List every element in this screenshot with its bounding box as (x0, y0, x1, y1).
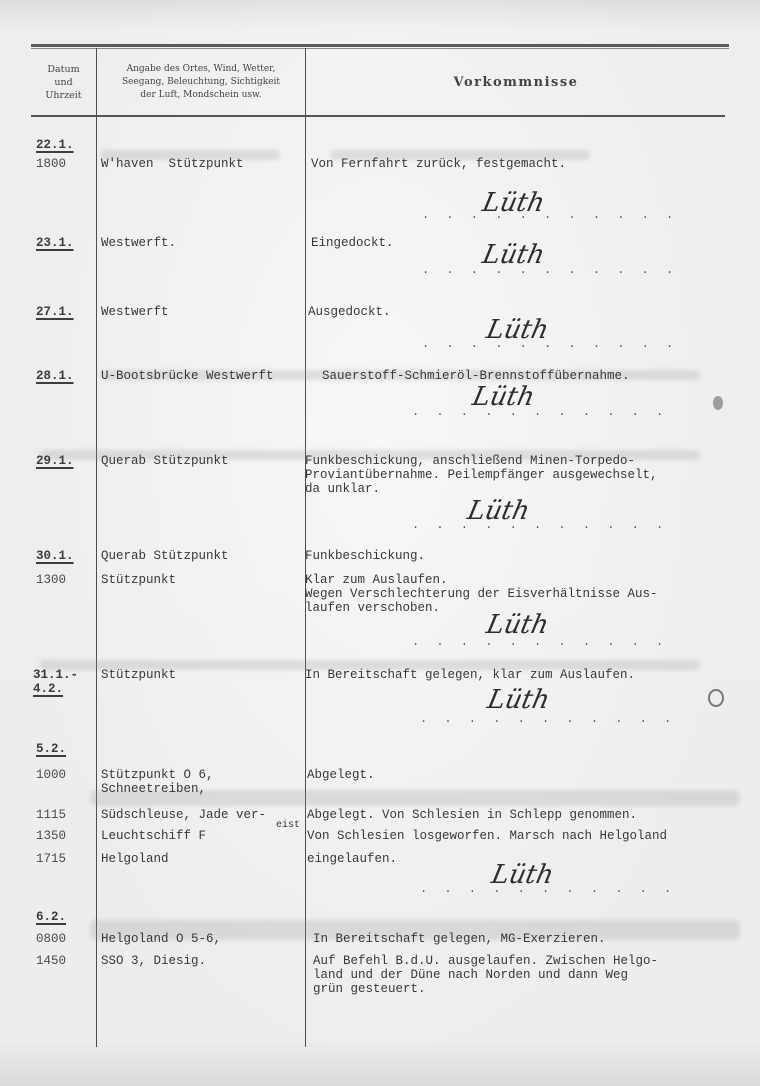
entry-place: SSO 3, Diesig. (101, 954, 206, 968)
entry-place: Helgoland (101, 852, 169, 866)
signature-dots: . . . . . . . . . . . (412, 518, 668, 532)
signature-dots: . . . . . . . . . . . (422, 337, 678, 351)
entry-time: 1300 (36, 573, 66, 587)
entry-place: Querab Stützpunkt (101, 549, 229, 563)
entry-place-cont: Schneetreiben, (101, 782, 206, 796)
entry-date: 31.1.- (33, 668, 78, 682)
entry-place: Stützpunkt (101, 573, 176, 587)
entry-date: 29.1. (36, 454, 74, 468)
signature-dots: . . . . . . . . . . . (420, 712, 676, 726)
entry-time: 1715 (36, 852, 66, 866)
top-rule (31, 44, 729, 47)
header-location-weather: Angabe des Ortes, Wind, Wetter,Seegang, … (98, 52, 304, 112)
top-rule-thin (31, 48, 729, 49)
entry-event: In Bereitschaft gelegen, klar zum Auslau… (305, 668, 635, 682)
header-events: Vorkommnisse (306, 52, 726, 112)
header-bottom-rule (31, 115, 725, 117)
entry-event: Sauerstoff-Schmieröl-Brennstoffübernahme… (322, 369, 630, 383)
entry-event: laufen verschoben. (305, 601, 440, 615)
entry-date: 23.1. (36, 236, 74, 250)
entry-event: Funkbeschickung. (305, 549, 425, 563)
entry-place: Stützpunkt O 6, (101, 768, 214, 782)
entry-place: U-Bootsbrücke Westwerft (101, 369, 274, 383)
column-divider-2 (305, 48, 306, 1047)
entry-event: Von Fernfahrt zurück, festgemacht. (311, 157, 566, 171)
entry-time: 1000 (36, 768, 66, 782)
signature-dots: . . . . . . . . . . . (420, 882, 676, 896)
war-diary-page: DatumundUhrzeit Angabe des Ortes, Wind, … (0, 0, 760, 1086)
entry-time: 1800 (36, 157, 66, 171)
entry-place: Südschleuse, Jade ver- (101, 808, 266, 822)
header-date-time: DatumundUhrzeit (31, 52, 96, 112)
entry-date: 28.1. (36, 369, 74, 383)
signature-dots: . . . . . . . . . . . (412, 405, 668, 419)
entry-date: 22.1. (36, 138, 74, 152)
entry-event: Proviantübernahme. Peilempfänger ausgewe… (305, 468, 658, 482)
entry-time: 1115 (36, 808, 66, 822)
entry-event: da unklar. (305, 482, 380, 496)
entry-event: land und der Düne nach Norden und dann W… (313, 968, 628, 982)
entry-place: W'haven Stützpunkt (101, 157, 244, 171)
entry-event: Funkbeschickung, anschließend Minen-Torp… (305, 454, 635, 468)
signature: Lüth (485, 685, 553, 715)
entry-place: Querab Stützpunkt (101, 454, 229, 468)
entry-place: Stützpunkt (101, 668, 176, 682)
entry-event: Von Schlesien losgeworfen. Marsch nach H… (307, 829, 667, 843)
entry-date-end: 4.2. (33, 682, 63, 696)
entry-event: Eingedockt. (311, 236, 394, 250)
ink-blot (713, 396, 723, 410)
entry-place: Helgoland O 5-6, (101, 932, 221, 946)
entry-event: Abgelegt. Von Schlesien in Schlepp genom… (307, 808, 637, 822)
entry-date: 6.2. (36, 910, 66, 924)
entry-date: 30.1. (36, 549, 74, 563)
signature-dots: . . . . . . . . . . . (422, 263, 678, 277)
entry-time: 0800 (36, 932, 66, 946)
entry-date: 27.1. (36, 305, 74, 319)
entry-place: Westwerft. (101, 236, 176, 250)
entry-event: grün gesteuert. (313, 982, 426, 996)
entry-event: Auf Befehl B.d.U. ausgelaufen. Zwischen … (313, 954, 658, 968)
entry-place: Leuchtschiff F (101, 829, 206, 843)
entry-event: Abgelegt. (307, 768, 375, 782)
entry-event: Ausgedockt. (308, 305, 391, 319)
entry-place-superscript: eist (276, 819, 300, 833)
entry-place: Westwerft (101, 305, 169, 319)
entry-event: In Bereitschaft gelegen, MG-Exerzieren. (313, 932, 606, 946)
signature-dots: . . . . . . . . . . . (422, 208, 678, 222)
entry-event: Klar zum Auslaufen. (305, 573, 448, 587)
signature-dots: . . . . . . . . . . . (412, 635, 668, 649)
entry-event: Wegen Verschlechterung der Eisverhältnis… (305, 587, 658, 601)
entry-date: 5.2. (36, 742, 66, 756)
entry-time: 1350 (36, 829, 66, 843)
circle-mark (708, 689, 724, 707)
entry-time: 1450 (36, 954, 66, 968)
column-divider-1 (96, 48, 97, 1047)
entry-event: eingelaufen. (307, 852, 397, 866)
